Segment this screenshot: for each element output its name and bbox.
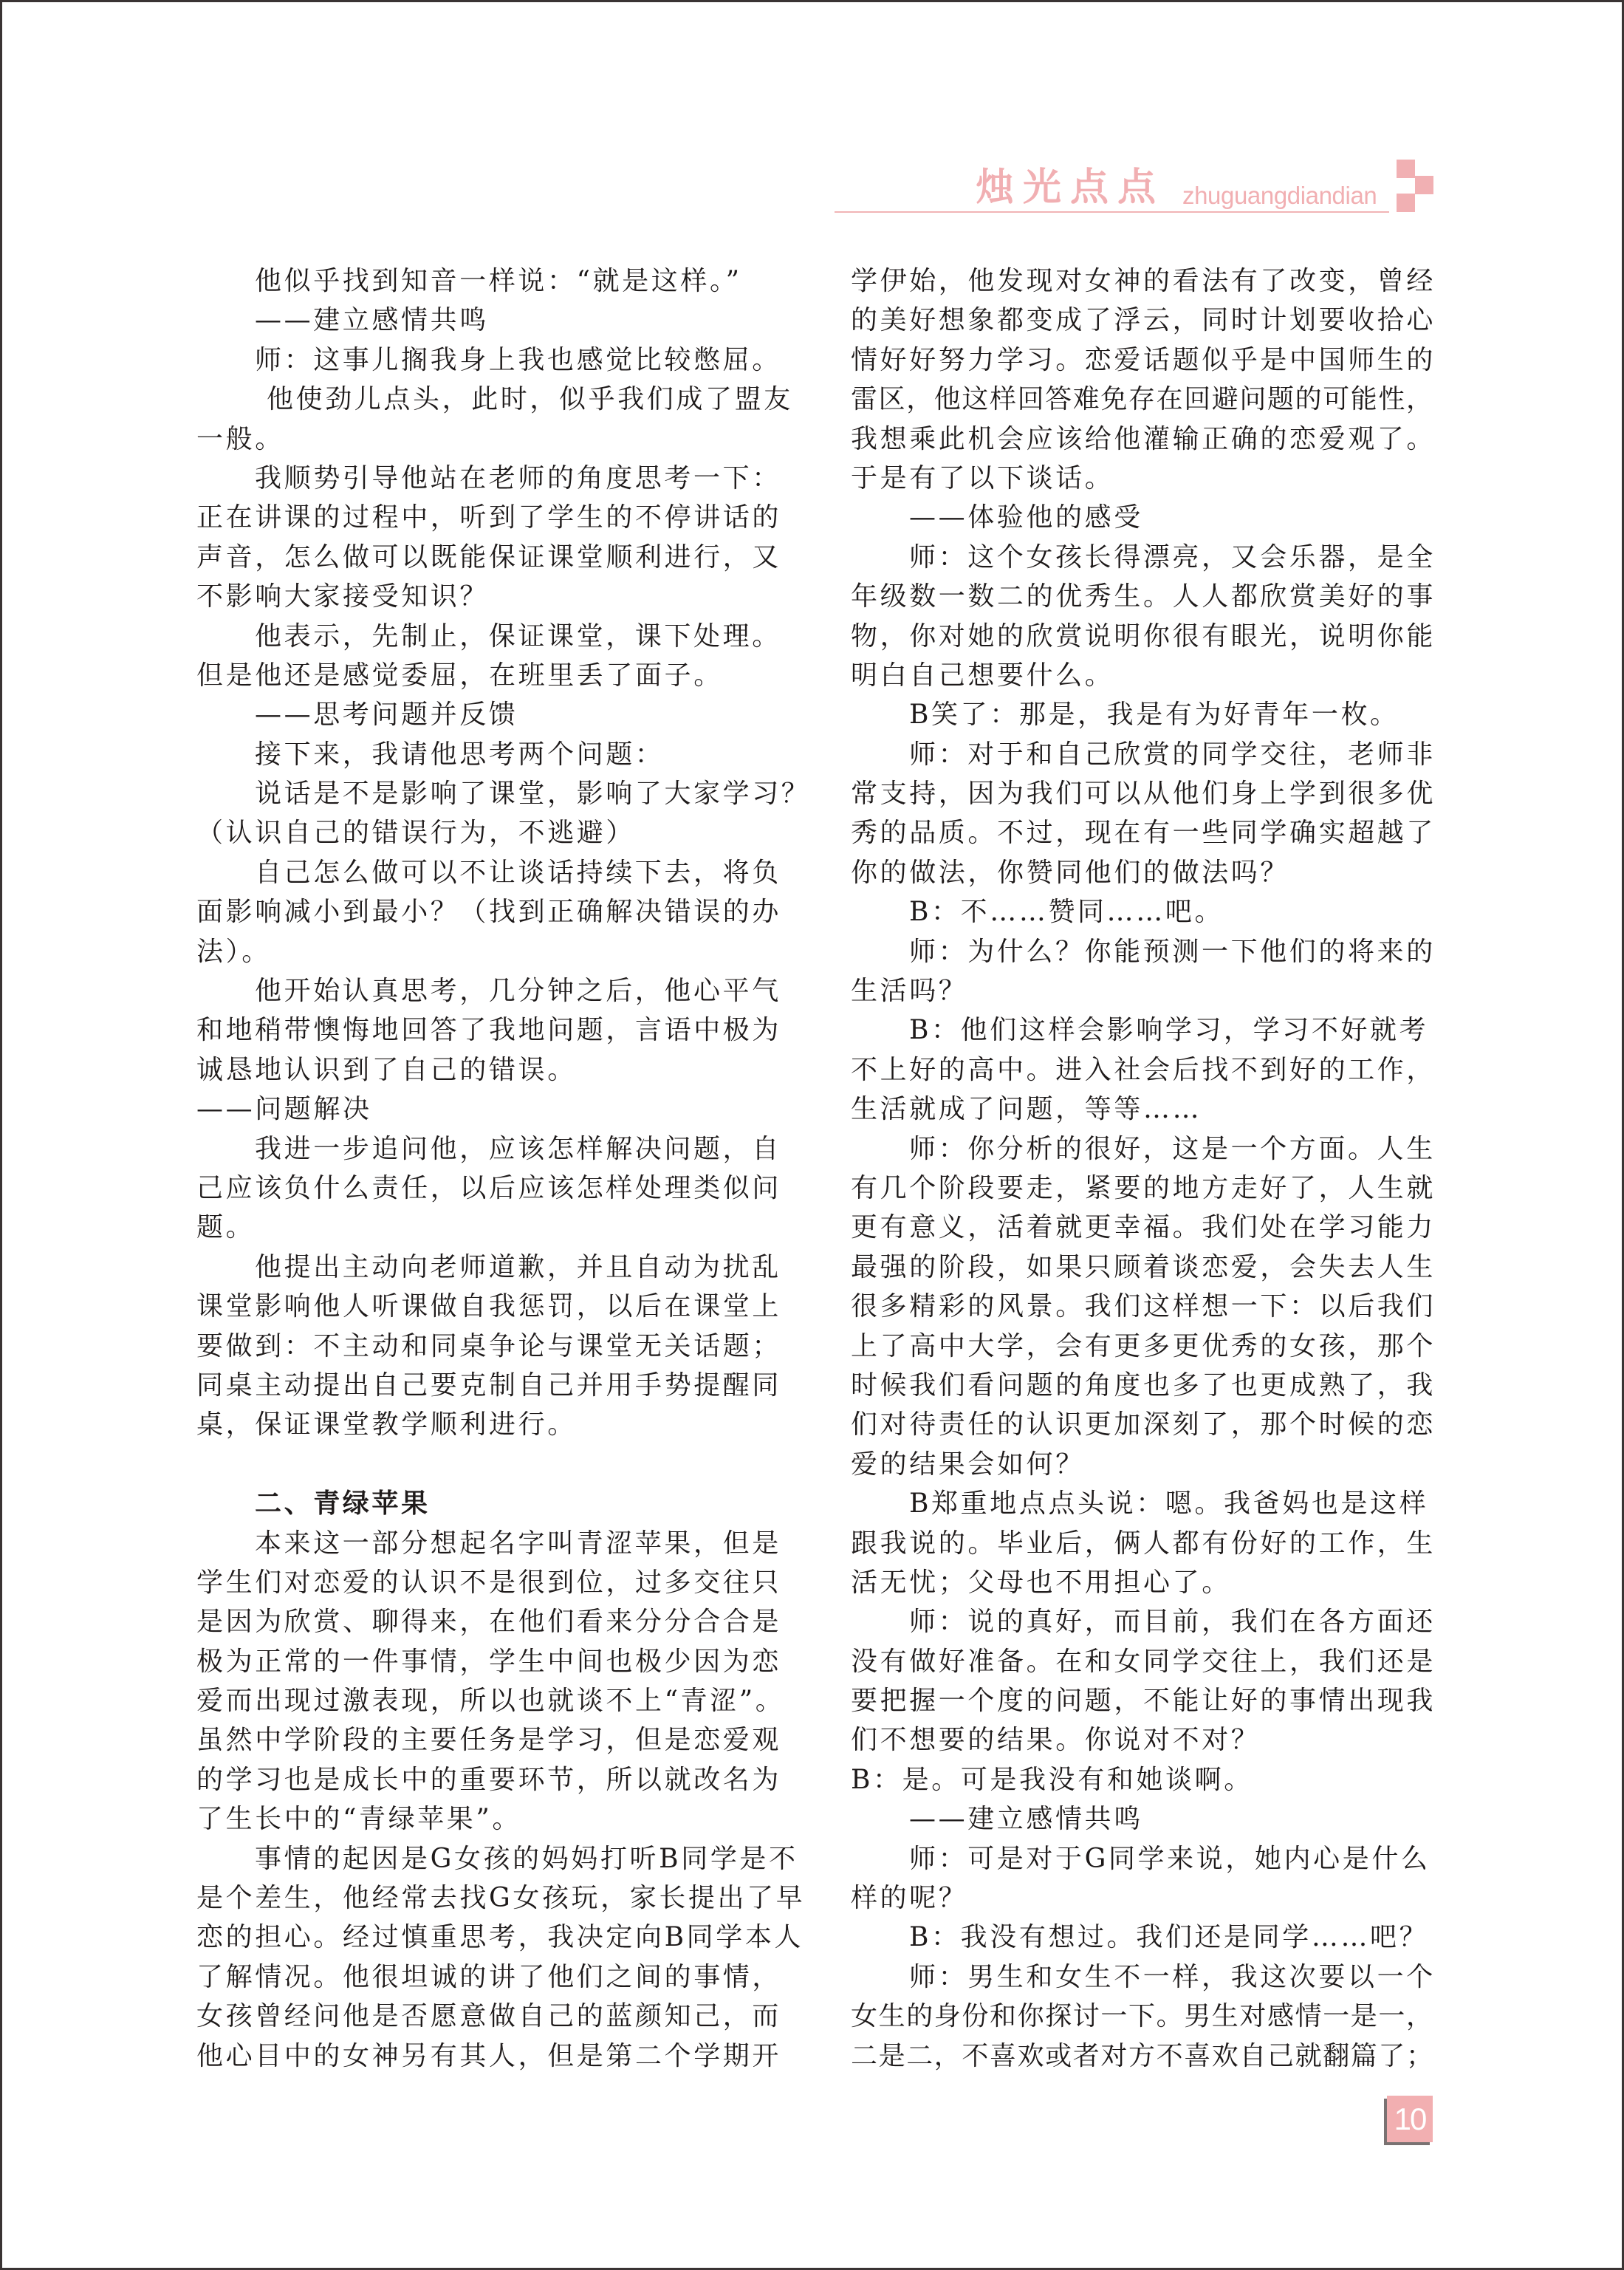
- text-line: 接下来，我请他思考两个问题：: [196, 735, 787, 774]
- text-line: 和地稍带懊悔地回答了我地问题，言语中极为: [196, 1011, 787, 1050]
- text-line: 法）。: [196, 932, 787, 971]
- text-line: B郑重地点点头说：嗯。我爸妈也是这样: [851, 1484, 1442, 1523]
- text-line: 生活吗？: [851, 971, 1442, 1011]
- text-line: 的学习也是成长中的重要环节，所以就改名为: [196, 1760, 787, 1799]
- text-line: 女孩曾经问他是否愿意做自己的蓝颜知己，而: [196, 1997, 787, 2036]
- decorative-square-icon: [1415, 176, 1433, 194]
- text-line: 秀的品质。不过，现在有一些同学确实超越了: [851, 813, 1442, 852]
- text-line: B：我没有想过。我们还是同学……吧？: [851, 1918, 1442, 1957]
- text-line: 学生们对恋爱的认识不是很到位，过多交往只: [196, 1563, 787, 1602]
- text-line: 他开始认真思考，几分钟之后，他心平气: [196, 971, 787, 1011]
- text-line: 不上好的高中。进入社会后找不到好的工作，: [851, 1050, 1442, 1090]
- text-line: 极为正常的一件事情，学生中间也极少因为恋: [196, 1642, 787, 1681]
- text-line: 面影响减小到最小？（找到正确解决错误的办: [196, 892, 787, 931]
- text-line: 了生长中的“青绿苹果”。: [196, 1799, 787, 1839]
- text-line: 于是有了以下谈话。: [851, 459, 1442, 498]
- text-line: 桌，保证课堂教学顺利进行。: [196, 1405, 787, 1444]
- text-line: 更有意义，活着就更幸福。我们处在学习能力: [851, 1208, 1442, 1247]
- subsection-label: ——建立感情共鸣: [851, 1799, 1442, 1839]
- text-line: 但是他还是感觉委屈，在班里丢了面子。: [196, 656, 787, 695]
- text-line: 事情的起因是G女孩的妈妈打听B同学是不: [196, 1839, 787, 1878]
- text-line: 师：这个女孩长得漂亮，又会乐器，是全: [851, 538, 1442, 577]
- text-line: 师：男生和女生不一样，我这次要以一个: [851, 1958, 1442, 1997]
- text-line: 同桌主动提出自己要克制自己并用手势提醒同: [196, 1366, 787, 1405]
- text-line: 跟我说的。毕业后，俩人都有份好的工作，生: [851, 1524, 1442, 1563]
- text-line: B：不……赞同……吧。: [851, 892, 1442, 931]
- page-number-badge: 10: [1387, 2096, 1433, 2142]
- subsection-label: ——思考问题并反馈: [196, 695, 787, 734]
- text-line: 我想乘此机会应该给他灌输正确的恋爱观了。: [851, 420, 1442, 459]
- subsection-label: ——体验他的感受: [851, 498, 1442, 537]
- text-line: 时候我们看问题的角度也多了也更成熟了，我: [851, 1366, 1442, 1405]
- text-line: 我顺势引导他站在老师的角度思考一下：: [196, 459, 787, 498]
- text-line: 活无忧；父母也不用担心了。: [851, 1563, 1442, 1602]
- column-title-pinyin: zhuguangdiandian: [1182, 183, 1377, 208]
- text-line: B笑了：那是，我是有为好青年一枚。: [851, 695, 1442, 734]
- text-line: B：他们这样会影响学习，学习不好就考: [851, 1011, 1442, 1050]
- text-line: 物，你对她的欣赏说明你很有眼光，说明你能: [851, 617, 1442, 656]
- text-line: 要做到：不主动和同桌争论与课堂无关话题；: [196, 1327, 787, 1366]
- text-line: 的美好想象都变成了浮云，同时计划要收拾心: [851, 301, 1442, 340]
- text-line: 最强的阶段，如果只顾着谈恋爱，会失去人生: [851, 1248, 1442, 1287]
- text-line: 课堂影响他人听课做自我惩罚，以后在课堂上: [196, 1287, 787, 1326]
- decorative-square-icon: [1397, 160, 1415, 178]
- text-line: 们对待责任的认识更加深刻了，那个时候的恋: [851, 1405, 1442, 1444]
- text-line: 不影响大家接受知识？: [196, 577, 787, 616]
- text-line: 他提出主动向老师道歉，并且自动为扰乱: [196, 1248, 787, 1287]
- text-line: 爱而出现过激表现，所以也就谈不上“青涩”。: [196, 1681, 787, 1720]
- text-line: （认识自己的错误行为，不逃避）: [196, 813, 787, 852]
- magazine-page: 烛光点点 zhuguangdiandian 他似乎找到知音一样说：“就是这样。”…: [0, 0, 1624, 2270]
- text-line: 年级数一数二的优秀生。人人都欣赏美好的事: [851, 577, 1442, 616]
- text-line: 他表示，先制止，保证课堂，课下处理。: [196, 617, 787, 656]
- text-line: 常支持，因为我们可以从他们身上学到很多优: [851, 774, 1442, 813]
- text-line: 女生的身份和你探讨一下。男生对感情一是一，: [851, 1997, 1442, 2036]
- text-line: 很多精彩的风景。我们这样想一下：以后我们: [851, 1287, 1442, 1326]
- subsection-label: ——建立感情共鸣: [196, 301, 787, 340]
- text-line: 雷区，他这样回答难免存在回避问题的可能性，: [851, 380, 1442, 419]
- text-line: 们不想要的结果。你说对不对？: [851, 1720, 1442, 1760]
- text-line: 师：这事儿搁我身上我也感觉比较憋屈。: [196, 341, 787, 380]
- text-line: 自己怎么做可以不让谈话持续下去，将负: [196, 853, 787, 892]
- text-line: 师：可是对于G同学来说，她内心是什么: [851, 1839, 1442, 1878]
- text-line: 诚恳地认识到了自己的错误。: [196, 1050, 787, 1090]
- text-line: 声音，怎么做可以既能保证课堂顺利进行，又: [196, 538, 787, 577]
- subsection-label: ——问题解决: [196, 1090, 787, 1129]
- text-line: 师：你分析的很好，这是一个方面。人生: [851, 1129, 1442, 1169]
- left-column: 他似乎找到知音一样说：“就是这样。” ——建立感情共鸣 师：这事儿搁我身上我也感…: [196, 261, 787, 2076]
- text-line: 情好好努力学习。恋爱话题似乎是中国师生的: [851, 341, 1442, 380]
- text-line: 是因为欣赏、聊得来，在他们看来分分合合是: [196, 1602, 787, 1641]
- text-line: 恋的担心。经过慎重思考，我决定向B同学本人: [196, 1918, 787, 1957]
- text-line: 明白自己想要什么。: [851, 656, 1442, 695]
- text-line: 说话是不是影响了课堂，影响了大家学习？: [196, 774, 787, 813]
- text-line: B：是。可是我没有和她谈啊。: [851, 1760, 1442, 1799]
- text-line: 学伊始，他发现对女神的看法有了改变，曾经: [851, 261, 1442, 301]
- text-line: 生活就成了问题，等等……: [851, 1090, 1442, 1129]
- text-line: 爱的结果会如何？: [851, 1445, 1442, 1484]
- text-line: 上了高中大学，会有更多更优秀的女孩，那个: [851, 1327, 1442, 1366]
- text-line: 二是二，不喜欢或者对方不喜欢自己就翻篇了；: [851, 2037, 1442, 2076]
- text-line: 虽然中学阶段的主要任务是学习，但是恋爱观: [196, 1720, 787, 1760]
- header-underline: [835, 211, 1389, 213]
- text-line: 他使劲儿点头，此时，似乎我们成了盟友: [196, 380, 787, 419]
- text-line: 了解情况。他很坦诚的讲了他们之间的事情，: [196, 1958, 787, 1997]
- decorative-square-icon: [1397, 194, 1415, 212]
- text-line: 他似乎找到知音一样说：“就是这样。”: [196, 261, 787, 301]
- paragraph-gap: [196, 1445, 787, 1484]
- text-line: 没有做好准备。在和女同学交往上，我们还是: [851, 1642, 1442, 1681]
- text-line: 己应该负什么责任，以后应该怎样处理类似问: [196, 1169, 787, 1208]
- text-line: 他心目中的女神另有其人，但是第二个学期开: [196, 2037, 787, 2076]
- text-line: 题。: [196, 1208, 787, 1247]
- text-line: 正在讲课的过程中，听到了学生的不停讲话的: [196, 498, 787, 537]
- text-line: 一般。: [196, 420, 787, 459]
- text-line: 师：说的真好，而目前，我们在各方面还: [851, 1602, 1442, 1641]
- text-line: 本来这一部分想起名字叫青涩苹果，但是: [196, 1524, 787, 1563]
- text-line: 有几个阶段要走，紧要的地方走好了，人生就: [851, 1169, 1442, 1208]
- text-line: 师：对于和自己欣赏的同学交往，老师非: [851, 735, 1442, 774]
- text-line: 你的做法，你赞同他们的做法吗？: [851, 853, 1442, 892]
- text-line: 要把握一个度的问题，不能让好的事情出现我: [851, 1681, 1442, 1720]
- text-line: 师：为什么？你能预测一下他们的将来的: [851, 932, 1442, 971]
- text-line: 样的呢？: [851, 1878, 1442, 1918]
- column-title: 烛光点点: [976, 168, 1165, 207]
- right-column: 学伊始，他发现对女神的看法有了改变，曾经 的美好想象都变成了浮云，同时计划要收拾…: [851, 261, 1442, 2076]
- text-line: 是个差生，他经常去找G女孩玩，家长提出了早: [196, 1878, 787, 1918]
- section-heading: 二、青绿苹果: [196, 1484, 787, 1523]
- text-line: 我进一步追问他，应该怎样解决问题，自: [196, 1129, 787, 1169]
